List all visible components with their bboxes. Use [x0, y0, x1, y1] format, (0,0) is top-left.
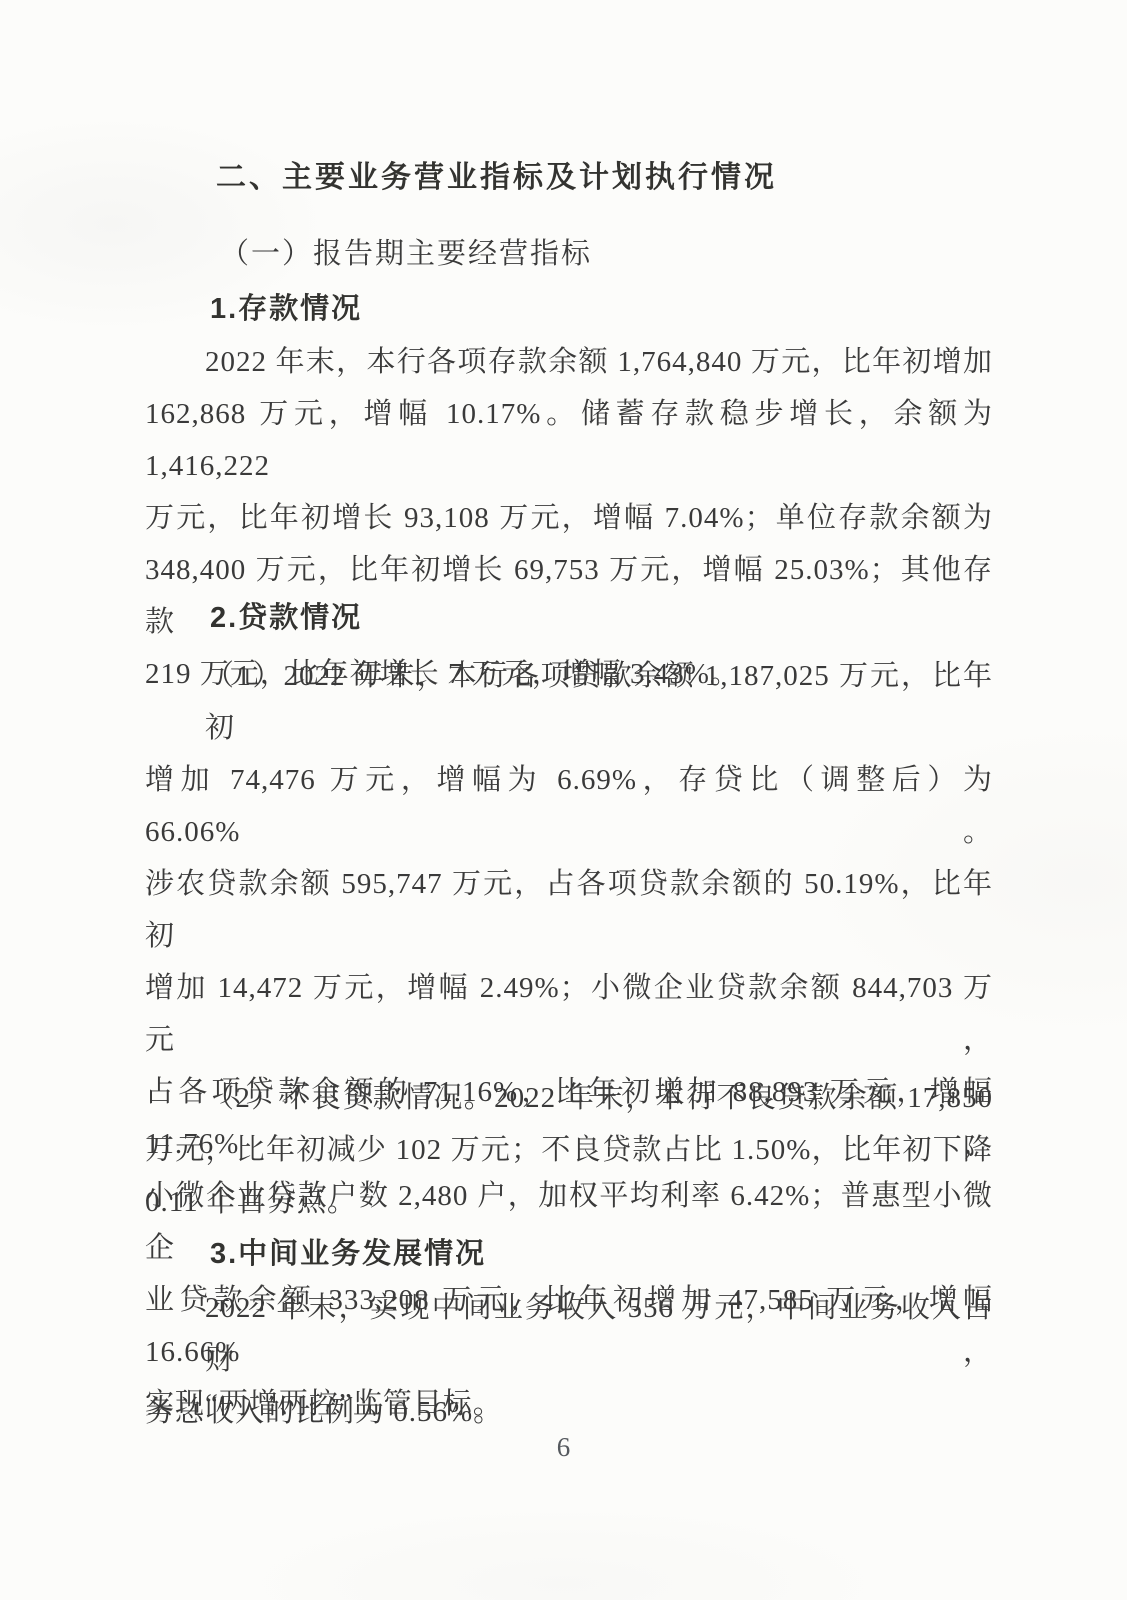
paragraph-intermediate-business: 2022 年末，实现中间业务收入 556 万元，中间业务收入占财 务总收入的比例…	[145, 1282, 993, 1438]
text-line: （1）2022 年末，本行各项贷款余额 1,187,025 万元，比年初	[145, 650, 993, 754]
report-sub-heading: （一）报告期主要经营指标	[145, 236, 1068, 272]
page-number: 6	[0, 1432, 1127, 1463]
text-line: 万元，比年初减少 102 万元；不良贷款占比 1.50%，比年初下降	[145, 1124, 993, 1176]
text-line: 162,868 万元，增幅 10.17%。储蓄存款稳步增长，余额为 1,416,…	[145, 388, 993, 492]
section-3-title: 3.中间业务发展情况	[145, 1236, 1058, 1272]
text-line: 2022 年末，实现中间业务收入 556 万元，中间业务收入占财	[145, 1282, 993, 1386]
text-line: 务总收入的比例为 0.56%。	[145, 1386, 993, 1438]
report-main-heading: 二、主要业务营业指标及计划执行情况	[145, 160, 1064, 196]
text-line: 万元，比年初增长 93,108 万元，增幅 7.04%；单位存款余额为	[145, 492, 993, 544]
paragraph-deposits: 2022 年末，本行各项存款余额 1,764,840 万元，比年初增加 162,…	[145, 336, 993, 700]
section-2-title: 2.贷款情况	[145, 600, 1058, 636]
text-line: 涉农贷款余额 595,747 万元，占各项贷款余额的 50.19%，比年初	[145, 858, 993, 962]
section-1-title: 1.存款情况	[145, 291, 1058, 327]
paragraph-npl: （2）不良贷款情况。2022 年末，本行不良贷款余额 17,850 万元，比年初…	[145, 1072, 993, 1228]
text-line: 增加 14,472 万元，增幅 2.49%；小微企业贷款余额 844,703 万…	[145, 962, 993, 1066]
document-page: 二、主要业务营业指标及计划执行情况 （一）报告期主要经营指标 1.存款情况 20…	[0, 0, 1127, 1600]
text-line: 0.11 个百分点。	[145, 1176, 993, 1228]
text-line: 增加 74,476 万元，增幅为 6.69%，存贷比（调整后）为 66.06%。	[145, 754, 993, 858]
text-line: （2）不良贷款情况。2022 年末，本行不良贷款余额 17,850	[145, 1072, 993, 1124]
text-line: 2022 年末，本行各项存款余额 1,764,840 万元，比年初增加	[145, 336, 993, 388]
